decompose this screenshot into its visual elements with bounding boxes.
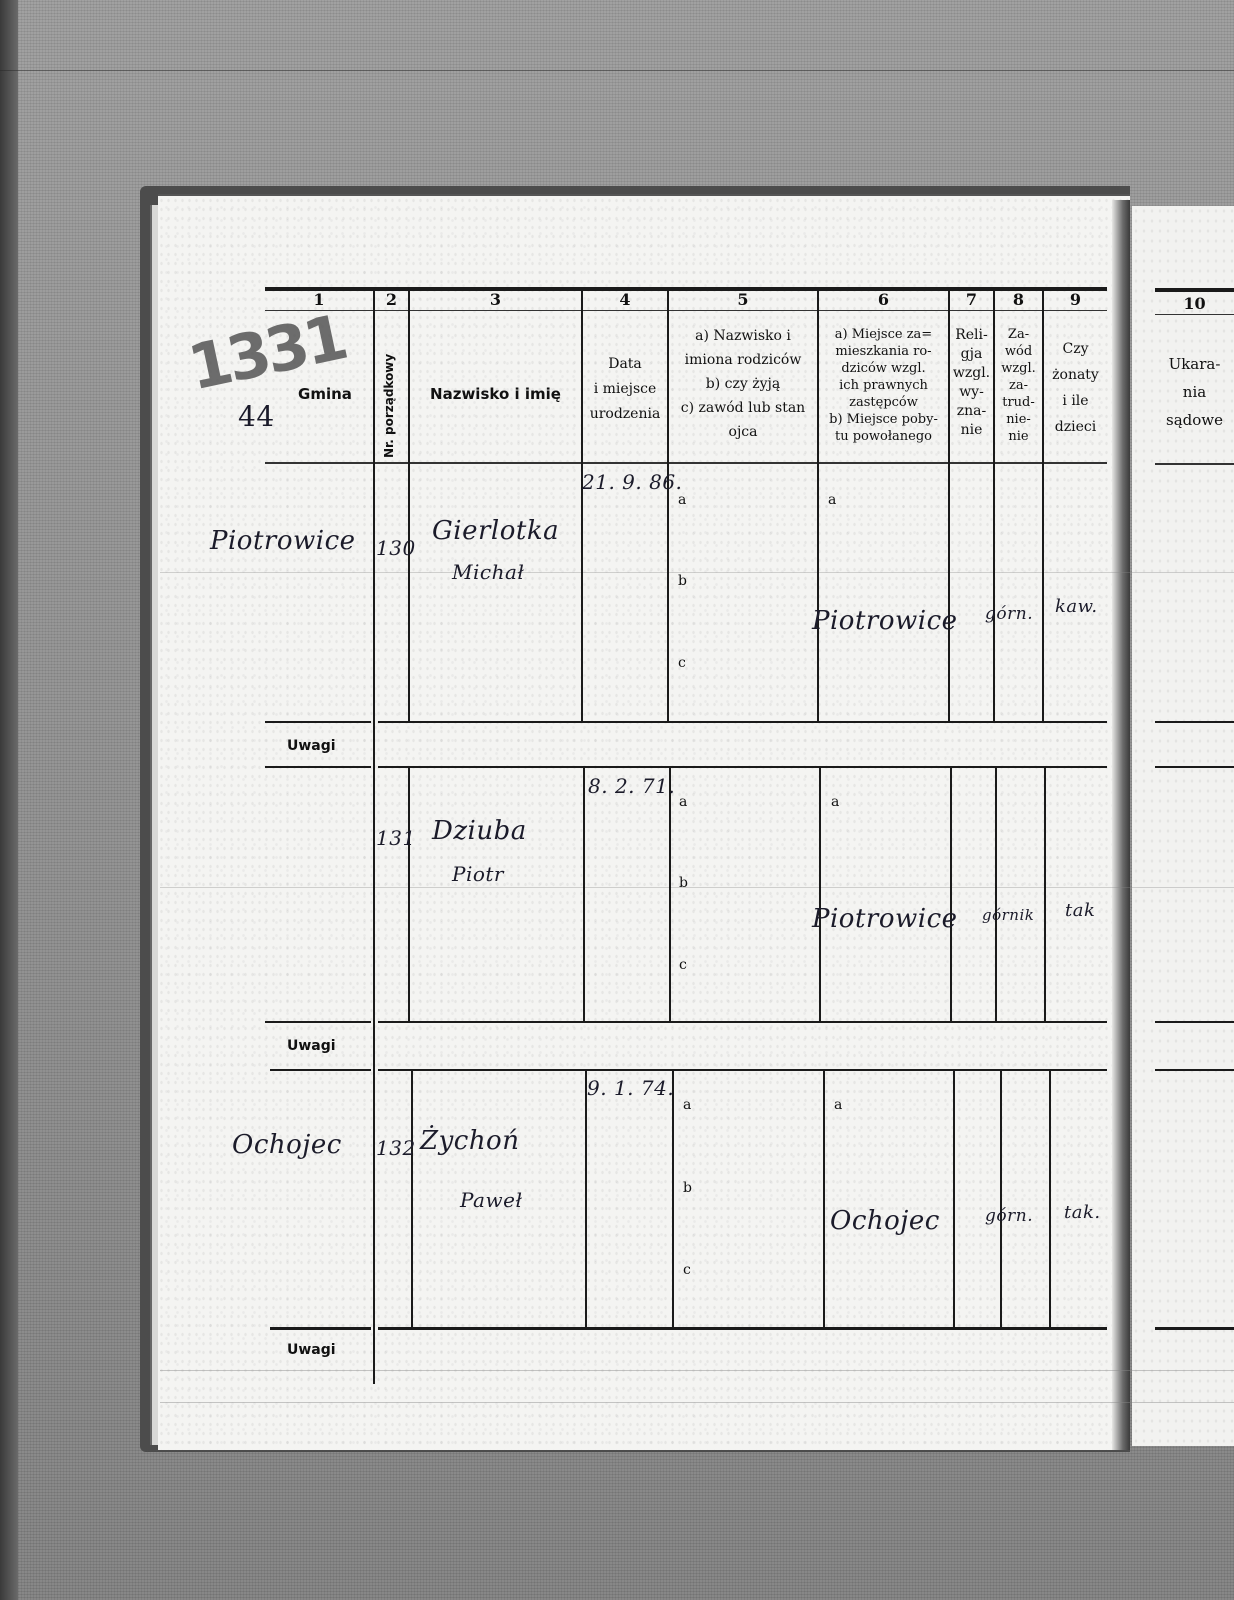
header-line: wód [995, 343, 1042, 360]
marker-a: a [834, 1097, 842, 1113]
header-line: dziców wzgl. [819, 360, 948, 377]
col-divider [1000, 1071, 1002, 1327]
remarks-label: Uwagi [287, 1342, 336, 1358]
scan-line [0, 70, 1234, 71]
row-occupation: górn. [985, 604, 1033, 624]
header-line: zna- [950, 402, 993, 421]
col-divider [411, 1071, 413, 1327]
col-divider [993, 464, 995, 722]
header-line: Czy [1044, 336, 1107, 362]
nr-column-divider [373, 464, 375, 1384]
book-spine [1112, 200, 1130, 1450]
row-occupation: górnik [982, 906, 1034, 924]
marker-b: b [679, 875, 688, 891]
row-rule [265, 766, 371, 768]
header-line: tu powołanego [819, 428, 948, 445]
row-rule [270, 1069, 371, 1071]
header-line: urodzenia [583, 406, 667, 423]
row-nr: 132 [376, 1136, 416, 1160]
col-divider [583, 768, 585, 1022]
header-line: dzieci [1044, 414, 1107, 440]
col-divider [1042, 464, 1044, 722]
header-line: zastępców [819, 394, 948, 411]
col-divider [408, 290, 410, 464]
col-divider [672, 1071, 674, 1327]
header-line: c) zawód lub stan [669, 396, 817, 420]
header-line: wzgl. [995, 360, 1042, 377]
row-given-name: Paweł [460, 1188, 522, 1212]
col-number-3: 3 [410, 290, 581, 309]
marker-a: a [678, 492, 686, 508]
row-surname: Żychoń [420, 1126, 519, 1156]
row-rule [1155, 721, 1234, 723]
col-number-7: 7 [950, 290, 993, 309]
header-line: sądowe [1155, 406, 1234, 434]
header-line: b) Miejsce poby- [819, 411, 948, 428]
header-line: wzgl. [950, 364, 993, 383]
col-divider [1044, 768, 1046, 1022]
ruled-line [160, 887, 1234, 888]
scan-left-edge [0, 0, 18, 1600]
col-number-8: 8 [995, 290, 1042, 309]
header-line: ojca [669, 420, 817, 444]
header-zonaty: Czy żonaty i ile dzieci [1044, 336, 1107, 440]
header-line: nia [1155, 378, 1234, 406]
header-line: i ile [1044, 388, 1107, 414]
col-divider [408, 464, 410, 722]
col-number-10: 10 [1155, 294, 1234, 313]
header-line: trud- [995, 394, 1042, 411]
marker-b: b [678, 573, 687, 589]
header-religia: Reli- gja wzgl. wy- zna- nie [950, 326, 993, 440]
marker-b: b [683, 1180, 692, 1196]
col-number-2: 2 [375, 290, 408, 309]
col-divider [667, 464, 669, 722]
header-line: Ukara- [1155, 350, 1234, 378]
header-ukarania: Ukara- nia sądowe [1155, 350, 1234, 434]
row-rule [378, 1021, 1107, 1023]
marker-c: c [683, 1262, 691, 1278]
header-line: nie [995, 428, 1042, 445]
col-divider [819, 768, 821, 1022]
header-line: nie- [995, 411, 1042, 428]
row-married: tak [1065, 900, 1095, 921]
marker-c: c [678, 655, 686, 671]
header-line: Reli- [950, 326, 993, 345]
header-bottom-rule [265, 462, 1107, 464]
marker-a: a [828, 492, 836, 508]
col-number-9: 9 [1044, 290, 1107, 309]
col-divider [585, 1071, 587, 1327]
row-rule [378, 766, 1107, 768]
marker-a: a [679, 794, 687, 810]
header-line: Data [583, 356, 667, 373]
col-number-6: 6 [819, 290, 948, 309]
remarks-label: Uwagi [287, 1038, 336, 1054]
row-birth-date: 8. 2. 71. [588, 774, 675, 798]
header-bottom-rule-right [1155, 463, 1234, 465]
row-given-name: Michał [452, 560, 524, 584]
col-number-5: 5 [669, 290, 817, 309]
ink-annotation: 44 [238, 400, 275, 433]
row-married: tak. [1064, 1202, 1101, 1223]
col-divider [581, 464, 583, 722]
row-rule [378, 721, 1107, 723]
row-given-name: Piotr [452, 862, 504, 886]
header-miejsce-zamieszkania: a) Miejsce za= mieszkania ro- dziców wzg… [819, 326, 948, 445]
header-line: mieszkania ro- [819, 343, 948, 360]
ruled-line [160, 1370, 1234, 1371]
marker-c: c [679, 957, 687, 973]
row-nr: 130 [376, 536, 416, 560]
row-birth-date: 9. 1. 74. [587, 1076, 674, 1100]
marker-a: a [683, 1097, 691, 1113]
row-rule [1155, 766, 1234, 768]
row-birth-date: 21. 9. 86. [582, 470, 682, 494]
row-married: kaw. [1055, 596, 1098, 617]
row-residence: Piotrowice [812, 606, 958, 636]
col-divider [953, 1071, 955, 1327]
row-gmina: Ochojec [232, 1130, 342, 1160]
header-data-urodzenia: Data i miejsce urodzenia [583, 356, 667, 423]
header-rodzice: a) Nazwisko i imiona rodziców b) czy żyj… [669, 324, 817, 444]
header-line: za- [995, 377, 1042, 394]
row-rule [270, 1327, 371, 1330]
row-rule [1155, 1069, 1234, 1071]
header-line: gja [950, 345, 993, 364]
row-surname: Gierlotka [432, 516, 559, 546]
row-rule [1155, 1327, 1234, 1330]
row-rule [265, 721, 371, 723]
header-line: ich prawnych [819, 377, 948, 394]
header-zawod: Za- wód wzgl. za- trud- nie- nie [995, 326, 1042, 445]
row-residence: Piotrowice [812, 904, 958, 934]
header-line: Za- [995, 326, 1042, 343]
col-divider [823, 1071, 825, 1327]
remarks-label: Uwagi [287, 738, 336, 754]
row-occupation: górn. [985, 1206, 1033, 1226]
col-divider [373, 290, 375, 464]
header-nazwisko-imie: Nazwisko i imię [410, 386, 581, 403]
ruled-line [160, 572, 1234, 573]
row-residence: Ochojec [830, 1206, 940, 1236]
header-gmina: Gmina [280, 386, 370, 403]
ruled-line [160, 1402, 1234, 1403]
marker-a: a [831, 794, 839, 810]
row-rule [378, 1069, 1107, 1071]
row-gmina: Piotrowice [210, 526, 356, 556]
header-line: nie [950, 421, 993, 440]
header-line: imiona rodziców [669, 348, 817, 372]
header-line: i miejsce [583, 381, 667, 398]
col-divider [1049, 1071, 1051, 1327]
col-divider [948, 464, 950, 722]
col-divider [817, 464, 819, 722]
row-rule [265, 1021, 371, 1023]
header-nr-porzadkowy: Nr. porządkowy [382, 318, 396, 458]
colnum-rule [265, 310, 1107, 311]
col-divider [669, 768, 671, 1022]
header-line: żonaty [1044, 362, 1107, 388]
header-line: wy- [950, 383, 993, 402]
header-line: b) czy żyją [669, 372, 817, 396]
row-surname: Dziuba [432, 816, 527, 846]
col-divider [995, 768, 997, 1022]
header-line: a) Nazwisko i [669, 324, 817, 348]
row-nr: 131 [376, 826, 416, 850]
col-number-4: 4 [583, 290, 667, 309]
col-divider [950, 768, 952, 1022]
col-divider [408, 768, 410, 1022]
header-line: a) Miejsce za= [819, 326, 948, 343]
colnum-rule-right [1155, 314, 1234, 315]
row-rule [378, 1327, 1107, 1330]
table-top-rule-right [1155, 288, 1234, 292]
row-rule [1155, 1021, 1234, 1023]
